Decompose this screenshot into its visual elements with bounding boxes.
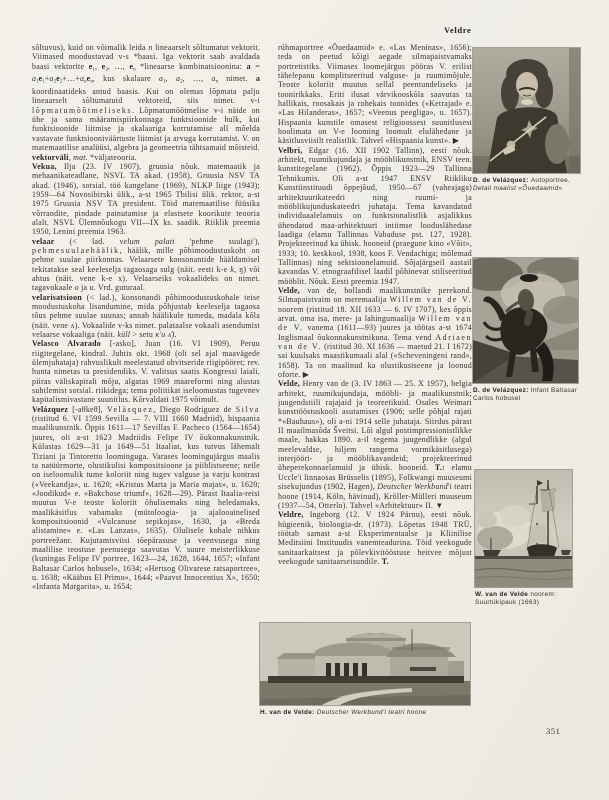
text-run: Ingeborg (12. V 1924 Pärnu), eesti nõuk.…: [278, 510, 472, 566]
text-run: a: [256, 74, 260, 83]
text-run: Velasco Alvarado: [32, 339, 101, 348]
entry-paragraph: Velázquez [-aθkeθ], Velásquez, Diego Rod…: [32, 405, 260, 592]
text-run: vektorväli: [32, 153, 69, 162]
text-run: sõltuvus), kuid on võimalik leida: [32, 43, 148, 52]
entry-paragraph: Veldre, Ingeborg (12. V 1924 Pärnu), ees…: [278, 510, 472, 566]
text-run: Velde,: [278, 286, 300, 295]
text-run: [-aθkeθ],: [68, 405, 107, 414]
entry-paragraph: Velde, van de, hollandi maalikunstnike p…: [278, 286, 472, 379]
figure-velazquez-infant-baltasar: D. de Velázquez: Infant Baltasar Carlos …: [473, 258, 578, 402]
text-run: D. de Velázquez:: [473, 387, 531, 394]
figure-velde-werkbund-theatre: H. van de Velde: Deutscher Werkbund'i te…: [260, 623, 470, 717]
text-run: T.: [382, 557, 389, 566]
text-run: ja: [79, 283, 90, 292]
text-run: mat.: [73, 153, 88, 162]
text-run: Edgar (16. XII 1902 Tallinn), eesti nõuk…: [278, 146, 472, 286]
text-run: Willem van de V.: [390, 295, 472, 304]
portrait-painting-image: [473, 48, 580, 173]
column-middle: rühmaportree «Õuedaamid» e. «Las Meninas…: [278, 43, 472, 621]
running-head: Veldre: [444, 25, 504, 35]
text-run: Velázquez: [32, 405, 68, 414]
text-run: (< lad.: [55, 237, 120, 246]
text-run: Velbri,: [278, 146, 302, 155]
text-run: ,: [95, 62, 102, 71]
entry-paragraph: velarisatsioon (< lad.), konsonandi põhi…: [32, 293, 260, 340]
text-run: , …,: [108, 62, 130, 71]
text-run: , Diego Rodríguez de: [153, 405, 235, 414]
text-run: *väljateooria.: [88, 153, 137, 162]
text-run: Deutscher Werkbund'i teatri hoone: [317, 709, 427, 716]
text-run: velarisatsioon: [32, 293, 82, 302]
text-run: pehmesuulaehäälik: [32, 246, 120, 255]
text-run: κ'u ʌ̃: [155, 330, 171, 339]
text-run: rühmaportree «Õuedaamid» e. «Las Meninas…: [278, 43, 472, 145]
text-run: nimet.: [218, 74, 256, 83]
text-run: T.:: [435, 463, 445, 472]
text-run: [-asko], Juan (16. VI 1909), Peruu riigi…: [32, 339, 260, 404]
text-run: Veldre,: [278, 510, 304, 519]
entry-paragraph: Velasco Alvarado [-asko], Juan (16. VI 1…: [32, 339, 260, 404]
entry-paragraph: vektorväli, mat. *väljateooria.: [32, 153, 260, 162]
text-run: , …,: [183, 74, 212, 83]
text-run: velum palati: [120, 237, 175, 246]
column-left: sõltuvus), kuid on võimalik leida n line…: [32, 43, 260, 643]
text-run: Deutscher Werkbund: [377, 482, 448, 491]
text-run: . Vrd. guturaal.: [94, 283, 145, 292]
text-run: W. van de Velde: [475, 591, 530, 598]
figure-velazquez-autoportree: D. de Velázquez: Autoportree. Detail maa…: [473, 48, 580, 192]
page-number: 351: [546, 726, 560, 736]
entry-paragraph: Vekua, Ilja (23. IV 1907), gruusia nõuk.…: [32, 162, 260, 237]
text-run: Velde,: [278, 379, 300, 388]
text-run: Detail maalist «Õuedaamid»: [473, 185, 562, 192]
figure-caption: D. de Velázquez: Infant Baltasar Carlos …: [473, 387, 578, 402]
text-run: , kus skalaare: [93, 74, 159, 83]
text-run: H. van de Velde:: [260, 709, 317, 716]
encyclopedia-page: Veldre sõltuvus), kuid on võimalik leida…: [0, 0, 609, 800]
text-run: ).: [171, 330, 176, 339]
text-run: +…+: [62, 74, 80, 83]
text-run: 'pehme suulagi'),: [175, 237, 260, 246]
text-run: > setu: [130, 330, 155, 339]
equestrian-painting-image: [473, 258, 578, 383]
text-run: Ilja (23. IV 1907), gruusia nõuk. matema…: [32, 162, 260, 236]
text-run: Henry van de (3. IV 1863 — 25. X 1957), …: [278, 379, 472, 472]
text-run: Vekua,: [32, 162, 57, 171]
building-photo-image: [260, 623, 470, 705]
text-run: koordinaatideks antud baasis. Kui on ole…: [32, 87, 260, 105]
text-run: velaar: [32, 237, 55, 246]
text-run: küll: [117, 330, 130, 339]
text-run: Silva: [236, 405, 260, 414]
text-run: (ristitud 6. VI 1599 Sevilla — 7. VIII 1…: [32, 414, 260, 591]
entry-paragraph: sõltuvus), kuid on võimalik leida n line…: [32, 43, 260, 153]
entry-paragraph: Velbri, Edgar (16. XII 1902 Tallinn), ee…: [278, 146, 472, 286]
entry-paragraph: rühmaportree «Õuedaamid» e. «Las Meninas…: [278, 43, 472, 146]
figure-caption: D. de Velázquez: Autoportree. Detail maa…: [473, 177, 580, 192]
figure-velde-suurtykipauk: W. van de Velde noorem: Suurtükipauk (16…: [475, 470, 572, 606]
text-run: ,: [166, 74, 176, 83]
text-run: *lineaarse kombinatsioonina:: [136, 62, 247, 71]
entry-paragraph: Velde, Henry van de (3. IV 1863 — 25. X …: [278, 379, 472, 510]
figure-caption: H. van de Velde: Deutscher Werkbund'i te…: [260, 709, 470, 717]
figure-caption: W. van de Velde noorem: Suurtükipauk (16…: [475, 591, 572, 606]
seascape-painting-image: [475, 470, 572, 587]
text-run: D. de Velázquez:: [473, 177, 531, 184]
text-run: =: [251, 62, 260, 71]
text-run: lõpmatumõõtmeliseks: [32, 106, 132, 115]
entry-paragraph: velaar (< lad. velum palati 'pehme suula…: [32, 237, 260, 293]
text-run: Velásquez: [107, 405, 153, 414]
text-run: Autoportree.: [531, 177, 570, 184]
